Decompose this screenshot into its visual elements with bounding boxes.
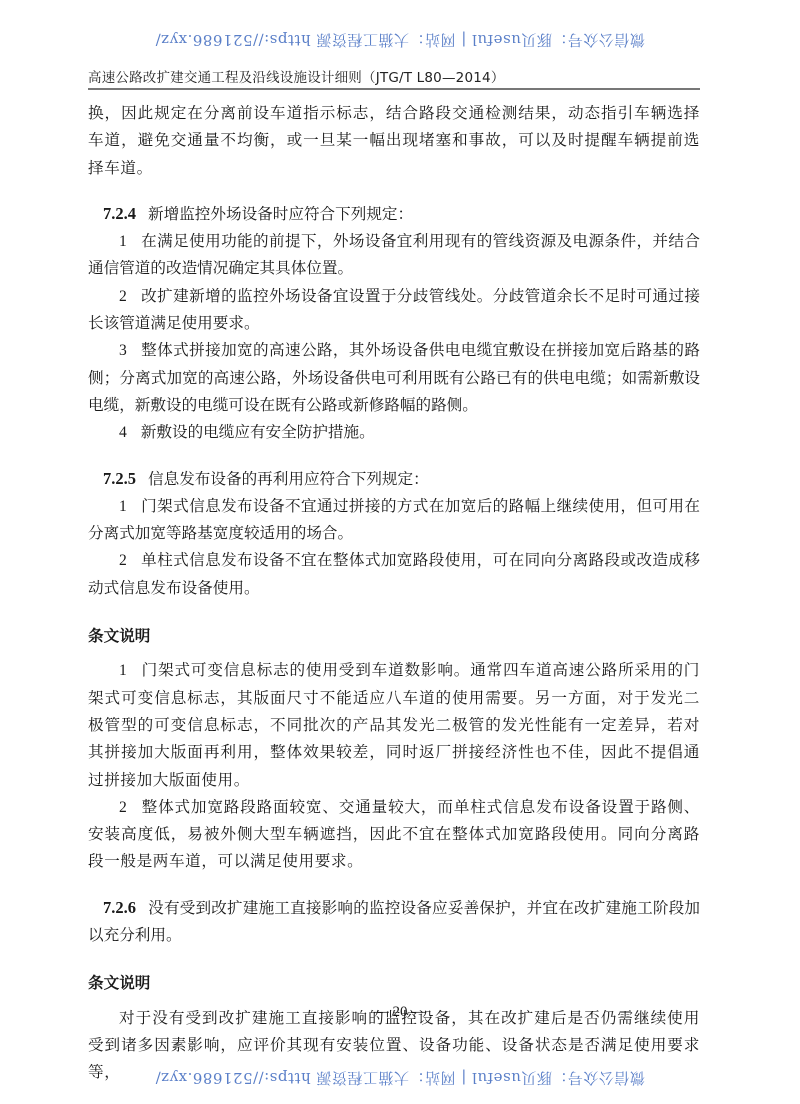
item-number: 2: [119, 288, 127, 305]
page-content: 换，因此规定在分离前设车道指示标志，结合路段交通检测结果，动态指引车辆选择车道，…: [88, 100, 700, 1087]
clause-7-2-5: 7.2.5信息发布设备的再利用应符合下列规定：: [88, 465, 700, 493]
explanation-heading: 条文说明: [88, 969, 700, 996]
clause-title: 没有受到改扩建施工直接影响的监控设备应妥善保护，并宜在改扩建施工阶段加以充分利用…: [88, 899, 700, 944]
item-number: 1: [119, 498, 127, 515]
clause-number: 7.2.6: [103, 898, 136, 917]
clause-item: 2单柱式信息发布设备不宜在整体式加宽路段使用，可在同向分离路段或改造成移动式信息…: [88, 547, 700, 602]
explanation-text: 门架式可变信息标志的使用受到车道数影响。通常四车道高速公路所采用的门架式可变信息…: [88, 661, 700, 788]
running-header: 高速公路改扩建交通工程及沿线设施设计细则（JTG/T L80—2014）: [88, 66, 700, 86]
clause-item: 1在满足使用功能的前提下，外场设备宜利用现有的管线资源及电源条件，并结合通信管道…: [88, 228, 700, 283]
item-number: 2: [119, 799, 127, 816]
item-number: 1: [119, 233, 127, 250]
watermark-bottom: 微信公众号：豚贝useful | 网站：大猫工程资源 https://52168…: [0, 1068, 800, 1089]
explanation-heading: 条文说明: [88, 622, 700, 649]
clause-7-2-4: 7.2.4新增监控外场设备时应符合下列规定：: [88, 200, 700, 228]
item-number: 4: [119, 424, 127, 441]
clause-item: 3整体式拼接加宽的高速公路，其外场设备供电电缆宜敷设在拼接加宽后路基的路侧；分离…: [88, 337, 700, 419]
item-number: 1: [119, 662, 127, 679]
item-text: 单柱式信息发布设备不宜在整体式加宽路段使用，可在同向分离路段或改造成移动式信息发…: [88, 551, 700, 596]
clause-title: 信息发布设备的再利用应符合下列规定：: [148, 470, 429, 488]
clause-7-2-6: 7.2.6没有受到改扩建施工直接影响的监控设备应妥善保护，并宜在改扩建施工阶段加…: [88, 894, 700, 950]
page-number: — 20 —: [0, 1004, 800, 1021]
item-text: 新敷设的电缆应有安全防护措施。: [141, 423, 375, 441]
continuation-paragraph: 换，因此规定在分离前设车道指示标志，结合路段交通检测结果，动态指引车辆选择车道，…: [88, 100, 700, 182]
explanation-paragraph: 2整体式加宽路段路面较宽、交通量较大，而单柱式信息发布设备设置于路侧、安装高度低…: [88, 794, 700, 876]
item-text: 门架式信息发布设备不宜通过拼接的方式在加宽后的路幅上继续使用，但可用在分离式加宽…: [88, 497, 700, 542]
clause-item: 2改扩建新增的监控外场设备宜设置于分歧管线处。分歧管道余长不足时可通过接长该管道…: [88, 283, 700, 338]
explanation-paragraph: 1门架式可变信息标志的使用受到车道数影响。通常四车道高速公路所采用的门架式可变信…: [88, 657, 700, 793]
item-text: 在满足使用功能的前提下，外场设备宜利用现有的管线资源及电源条件，并结合通信管道的…: [88, 232, 700, 277]
explanation-text: 整体式加宽路段路面较宽、交通量较大，而单柱式信息发布设备设置于路侧、安装高度低，…: [88, 798, 700, 871]
header-rule: [88, 88, 700, 90]
watermark-top: 微信公众号：豚贝useful | 网站：大猫工程资源 https://52168…: [0, 30, 800, 51]
item-text: 整体式拼接加宽的高速公路，其外场设备供电电缆宜敷设在拼接加宽后路基的路侧；分离式…: [88, 341, 700, 414]
clause-number: 7.2.5: [103, 469, 136, 488]
clause-title: 新增监控外场设备时应符合下列规定：: [148, 205, 413, 223]
clause-item: 4新敷设的电缆应有安全防护措施。: [88, 419, 700, 446]
item-number: 3: [119, 342, 127, 359]
item-number: 2: [119, 552, 127, 569]
clause-item: 1门架式信息发布设备不宜通过拼接的方式在加宽后的路幅上继续使用，但可用在分离式加…: [88, 493, 700, 548]
clause-number: 7.2.4: [103, 204, 136, 223]
item-text: 改扩建新增的监控外场设备宜设置于分歧管线处。分歧管道余长不足时可通过接长该管道满…: [88, 287, 700, 332]
